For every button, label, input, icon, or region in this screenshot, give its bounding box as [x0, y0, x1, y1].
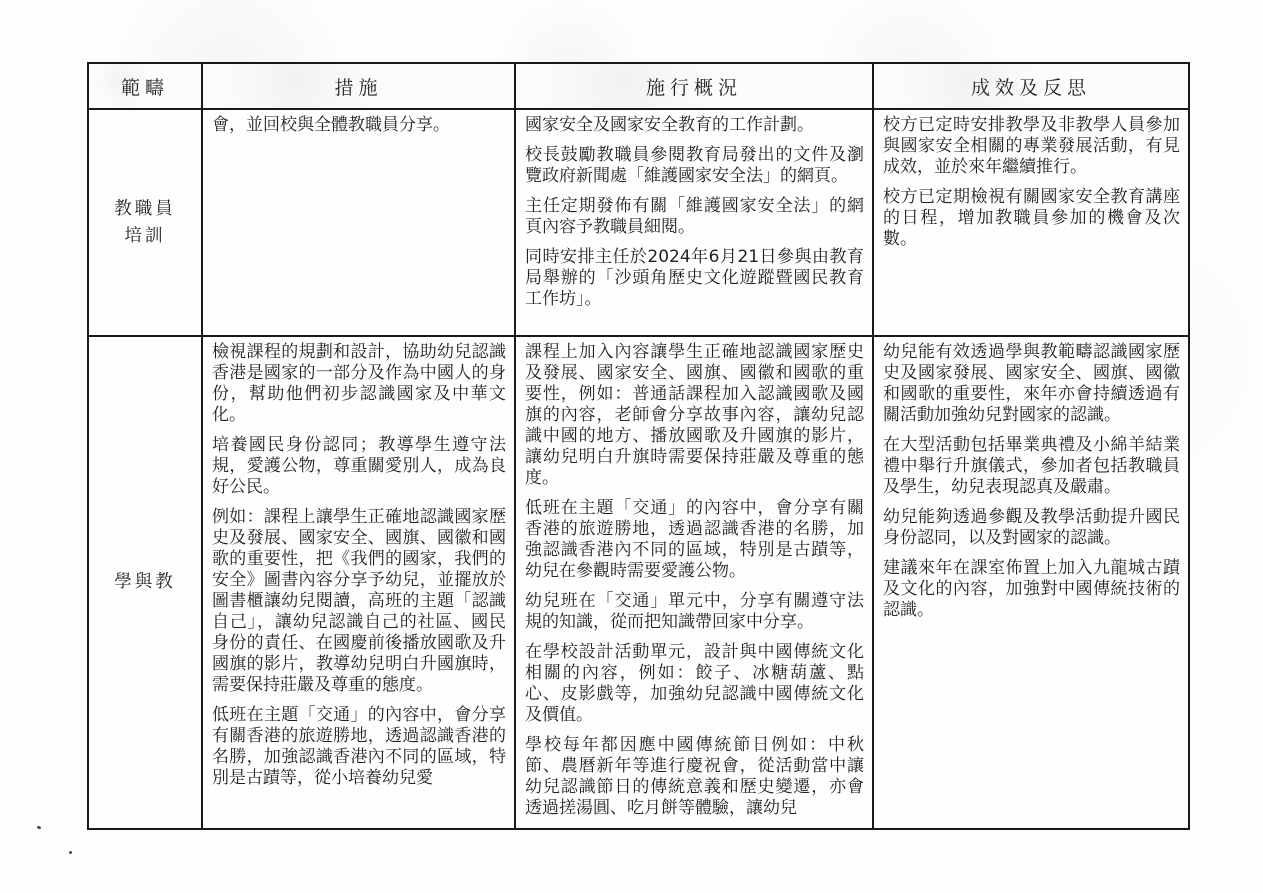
column-header-effectiveness: 成效及反思	[873, 63, 1189, 109]
column-header-measures: 措施	[202, 63, 515, 109]
paragraph: 會，並回校與全體教職員分享。	[212, 115, 506, 136]
paragraph: 國家安全及國家安全教育的工作計劃。	[525, 115, 864, 136]
scan-speck	[37, 825, 42, 829]
paragraph: 低班在主題「交通」的內容中，會分享有關香港的旅遊勝地，透過認識香港的名勝，加強認…	[525, 498, 864, 582]
paragraph: 校方已定時安排教學及非教學人員參加與國家安全相關的專業發展活動，有見成效，並於來…	[883, 115, 1180, 178]
paragraph: 在大型活動包括畢業典禮及小綿羊結業禮中舉行升旗儀式，參加者包括教職員及學生，幼兒…	[883, 435, 1180, 498]
cell-category-staff-training: 教職員培訓	[88, 109, 202, 336]
paragraph: 在學校設計活動單元，設計與中國傳統文化相關的內容，例如：餃子、冰糖葫蘆、點心、皮…	[525, 642, 864, 726]
header-row: 範疇 措施 施行概況 成效及反思	[88, 63, 1189, 109]
cell-measures-staff-training: 會，並回校與全體教職員分享。	[202, 109, 515, 336]
paragraph: 主任定期發佈有關「維護國家安全法」的網頁內容予教職員細閱。	[525, 196, 864, 238]
paragraph: 幼兒能夠透過參觀及教學活動提升國民身份認同，以及對國家的認識。	[883, 507, 1180, 549]
paragraph: 幼兒班在「交通」單元中，分享有關遵守法規的知識，從而把知識帶回家中分享。	[525, 591, 864, 633]
category-label-line: 學與教	[93, 569, 197, 596]
cell-implementation-learning-teaching: 課程上加入內容讓學生正確地認識國家歷史及發展、國家安全、國旗、國徽和國歌的重要性…	[515, 336, 873, 829]
column-header-implementation: 施行概況	[515, 63, 873, 109]
paragraph: 課程上加入內容讓學生正確地認識國家歷史及發展、國家安全、國旗、國徽和國歌的重要性…	[525, 342, 864, 489]
paragraph: 低班在主題「交通」的內容中，會分享有關香港的旅遊勝地，透過認識香港的名勝，加強認…	[212, 705, 506, 789]
paragraph: 建議來年在課室佈置上加入九龍城古蹟及文化的內容，加強對中國傳統技術的認識。	[883, 558, 1180, 621]
cell-category-learning-teaching: 學與教	[88, 336, 202, 829]
cell-measures-learning-teaching: 檢視課程的規劃和設計，協助幼兒認識香港是國家的一部分及作為中國人的身份，幫助他們…	[202, 336, 515, 829]
cell-implementation-staff-training: 國家安全及國家安全教育的工作計劃。校長鼓勵教職員參閱教育局發出的文件及瀏覽政府新…	[515, 109, 873, 336]
paragraph: 檢視課程的規劃和設計，協助幼兒認識香港是國家的一部分及作為中國人的身份，幫助他們…	[212, 342, 506, 426]
paragraph: 幼兒能有效透過學與教範疇認識國家歷史及國家發展、國家安全、國旗、國徽和國歌的重要…	[883, 342, 1180, 426]
paragraph: 校長鼓勵教職員參閱教育局發出的文件及瀏覽政府新聞處「維護國家安全法」的網頁。	[525, 145, 864, 187]
table-row-staff-training: 教職員培訓 會，並回校與全體教職員分享。 國家安全及國家安全教育的工作計劃。校長…	[88, 109, 1189, 336]
national-security-education-report-table: 範疇 措施 施行概況 成效及反思 教職員培訓 會，並回校與全體教職員分享。 國家…	[87, 62, 1190, 830]
cell-effectiveness-staff-training: 校方已定時安排教學及非教學人員參加與國家安全相關的專業發展活動，有見成效，並於來…	[873, 109, 1189, 336]
paragraph: 例如：課程上讓學生正確地認識國家歷史及發展、國家安全、國旗、國徽和國歌的重要性，…	[212, 507, 506, 696]
column-header-category: 範疇	[88, 63, 202, 109]
paragraph: 學校每年都因應中國傳統節日例如：中秋節、農曆新年等進行慶祝會，從活動當中讓幼兒認…	[525, 735, 864, 819]
paragraph: 同時安排主任於2024年6月21日參與由教育局舉辦的「沙頭角歷史文化遊蹤暨國民教…	[525, 247, 864, 310]
paragraph: 培養國民身份認同；教導學生遵守法規，愛護公物，尊重關愛別人，成為良好公民。	[212, 435, 506, 498]
cell-effectiveness-learning-teaching: 幼兒能有效透過學與教範疇認識國家歷史及國家發展、國家安全、國旗、國徽和國歌的重要…	[873, 336, 1189, 829]
scan-speck	[69, 851, 72, 854]
category-label-line: 教職員	[93, 196, 197, 223]
paragraph: 校方已定期檢視有關國家安全教育講座的日程，增加教職員參加的機會及次數。	[883, 187, 1180, 250]
table-row-learning-teaching: 學與教 檢視課程的規劃和設計，協助幼兒認識香港是國家的一部分及作為中國人的身份，…	[88, 336, 1189, 829]
category-label-line: 培訓	[93, 223, 197, 250]
